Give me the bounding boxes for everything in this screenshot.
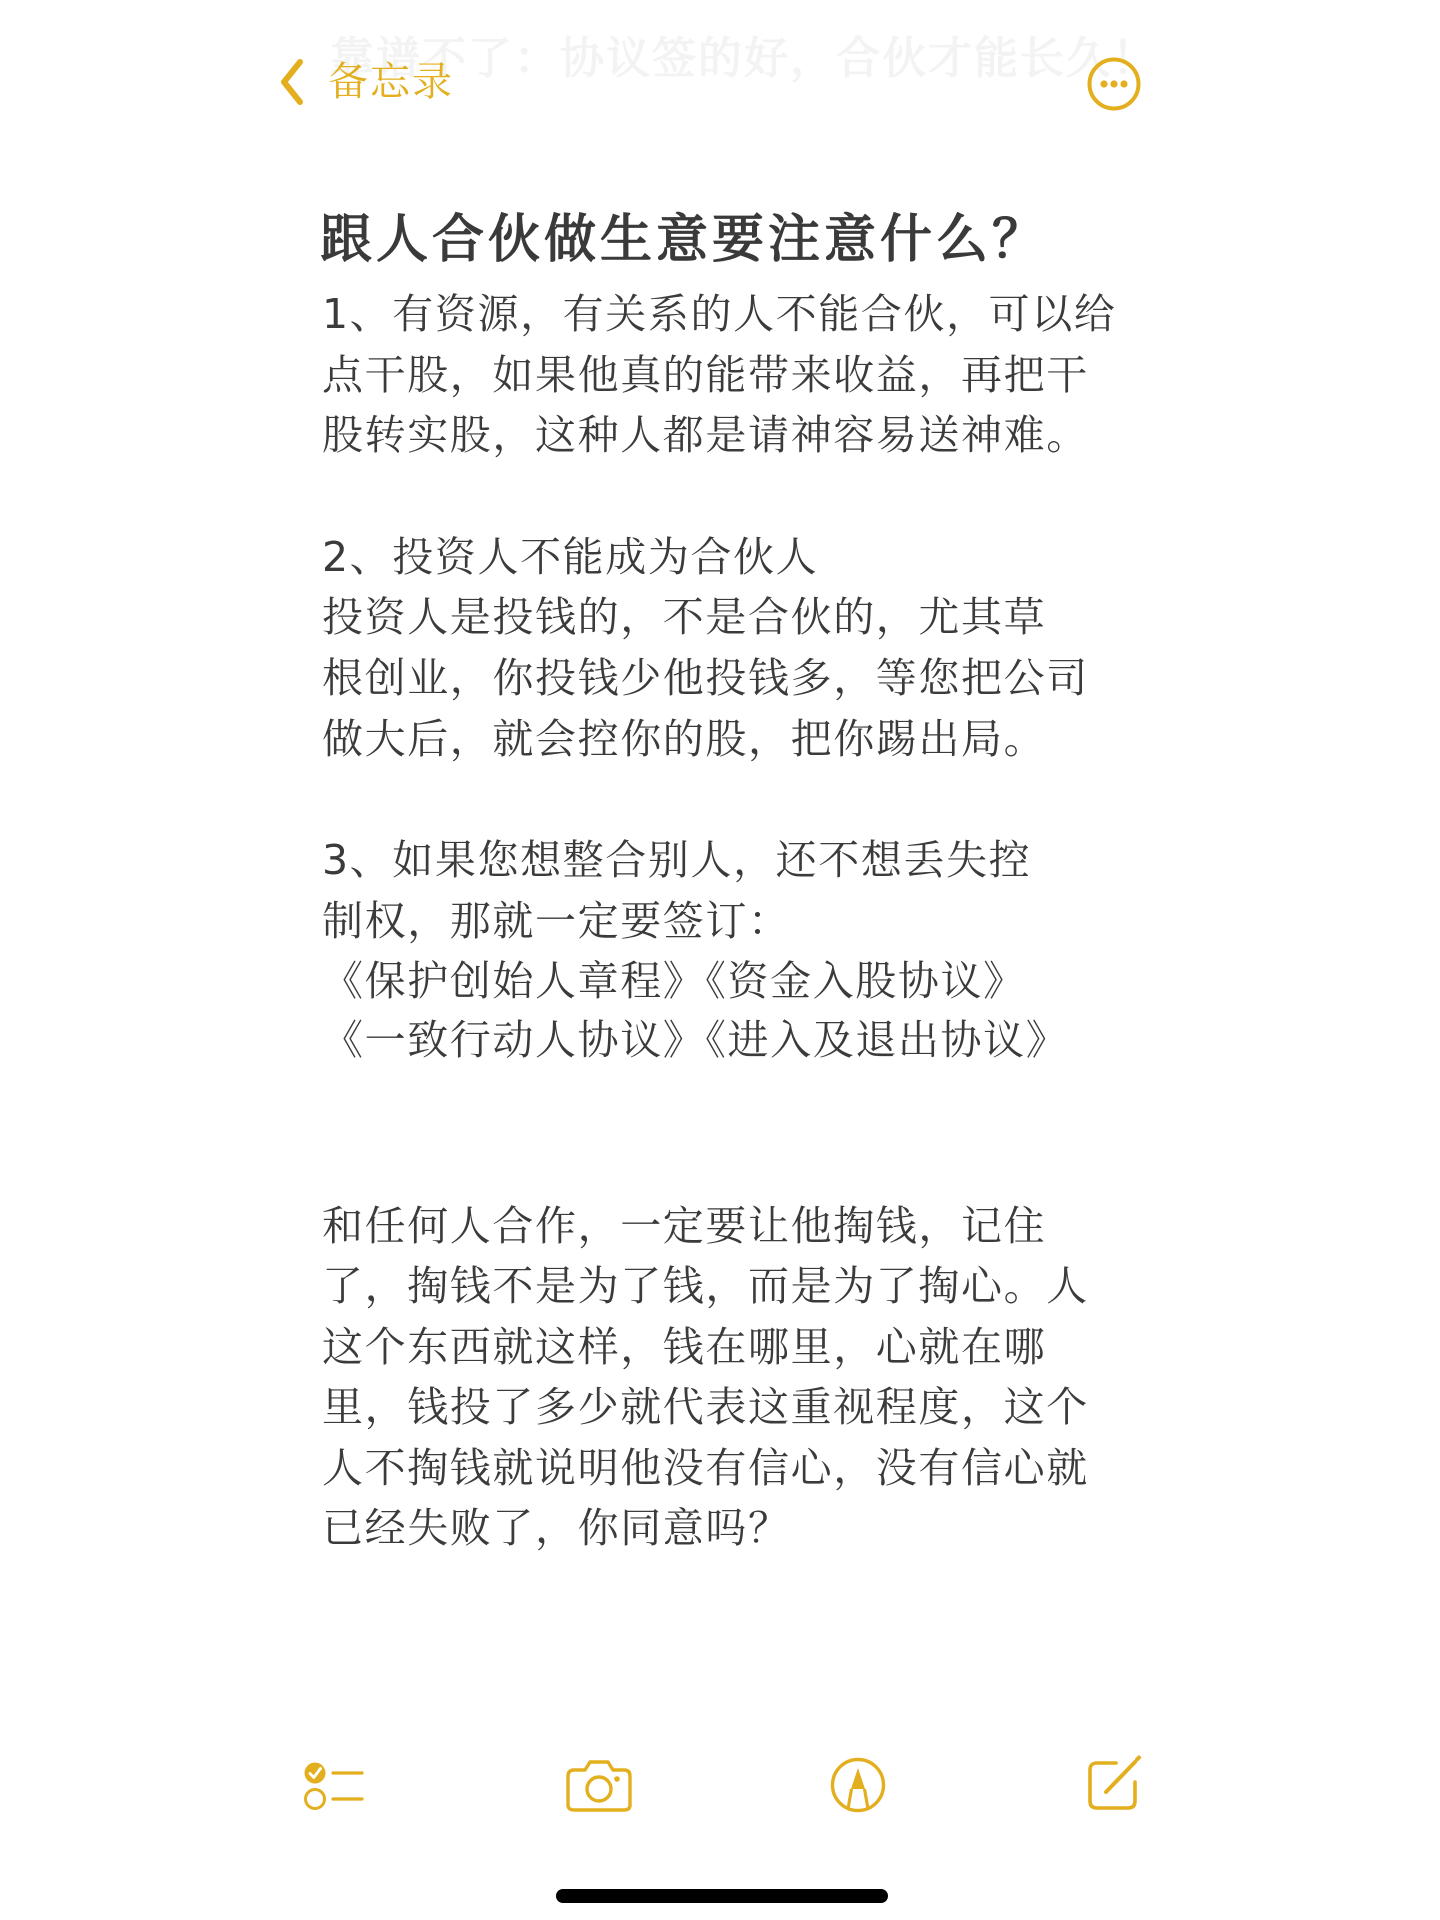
note-line: 和任何人合作，一定要让他掏钱，记住	[322, 1196, 1046, 1256]
note-line: 根创业，你投钱少他投钱多，等您把公司	[322, 648, 1089, 708]
ellipsis-circle-icon	[1086, 97, 1142, 116]
ghost-overlay-text: 靠谱不了：协议签的好，合伙才能长久！	[330, 22, 1158, 86]
compose-icon	[1086, 1754, 1144, 1812]
note-line: 投资人是投钱的，不是合伙的，尤其草	[322, 587, 1046, 647]
note-line: 3、如果您想整合别人，还不想丢失控	[322, 830, 1031, 890]
checklist-icon	[302, 1760, 366, 1812]
note-line: 人不掏钱就说明他没有信心，没有信心就	[322, 1438, 1089, 1498]
note-line: 《一致行动人协议》《进入及退出协议》	[322, 1010, 1068, 1070]
note-line: 制权，那就一定要签订：	[322, 891, 791, 951]
markup-icon	[829, 1756, 887, 1814]
back-button[interactable]: 备忘录	[276, 56, 454, 108]
camera-button[interactable]	[564, 1757, 634, 1813]
note-line: 点干股，如果他真的能带来收益，再把干	[322, 345, 1089, 405]
chevron-left-icon	[276, 58, 306, 106]
note-line: 2、投资人不能成为合伙人	[322, 527, 818, 587]
note-line: 做大后，就会控你的股，把你踢出局。	[322, 709, 1046, 769]
more-options-button[interactable]	[1086, 56, 1142, 112]
note-line: 这个东西就这样，钱在哪里，心就在哪	[322, 1317, 1046, 1377]
note-line: 1、有资源，有关系的人不能合伙，可以给	[322, 284, 1116, 344]
note-line: 了，掏钱不是为了钱，而是为了掏心。人	[322, 1256, 1089, 1316]
note-title: 跟人合伙做生意要注意什么？	[320, 206, 1048, 274]
back-button-label: 备忘录	[328, 56, 454, 108]
note-line: 股转实股，这种人都是请神容易送神难。	[322, 405, 1089, 465]
home-indicator[interactable]	[556, 1889, 888, 1903]
checklist-button[interactable]	[302, 1760, 366, 1812]
compose-button[interactable]	[1086, 1754, 1144, 1812]
camera-icon	[564, 1757, 634, 1813]
markup-button[interactable]	[829, 1756, 887, 1814]
note-line: 里，钱投了多少就代表这重视程度，这个	[322, 1377, 1089, 1437]
note-line: 《保护创始人章程》《资金入股协议》	[322, 951, 1026, 1011]
note-line: 已经失败了，你同意吗？	[322, 1498, 791, 1558]
